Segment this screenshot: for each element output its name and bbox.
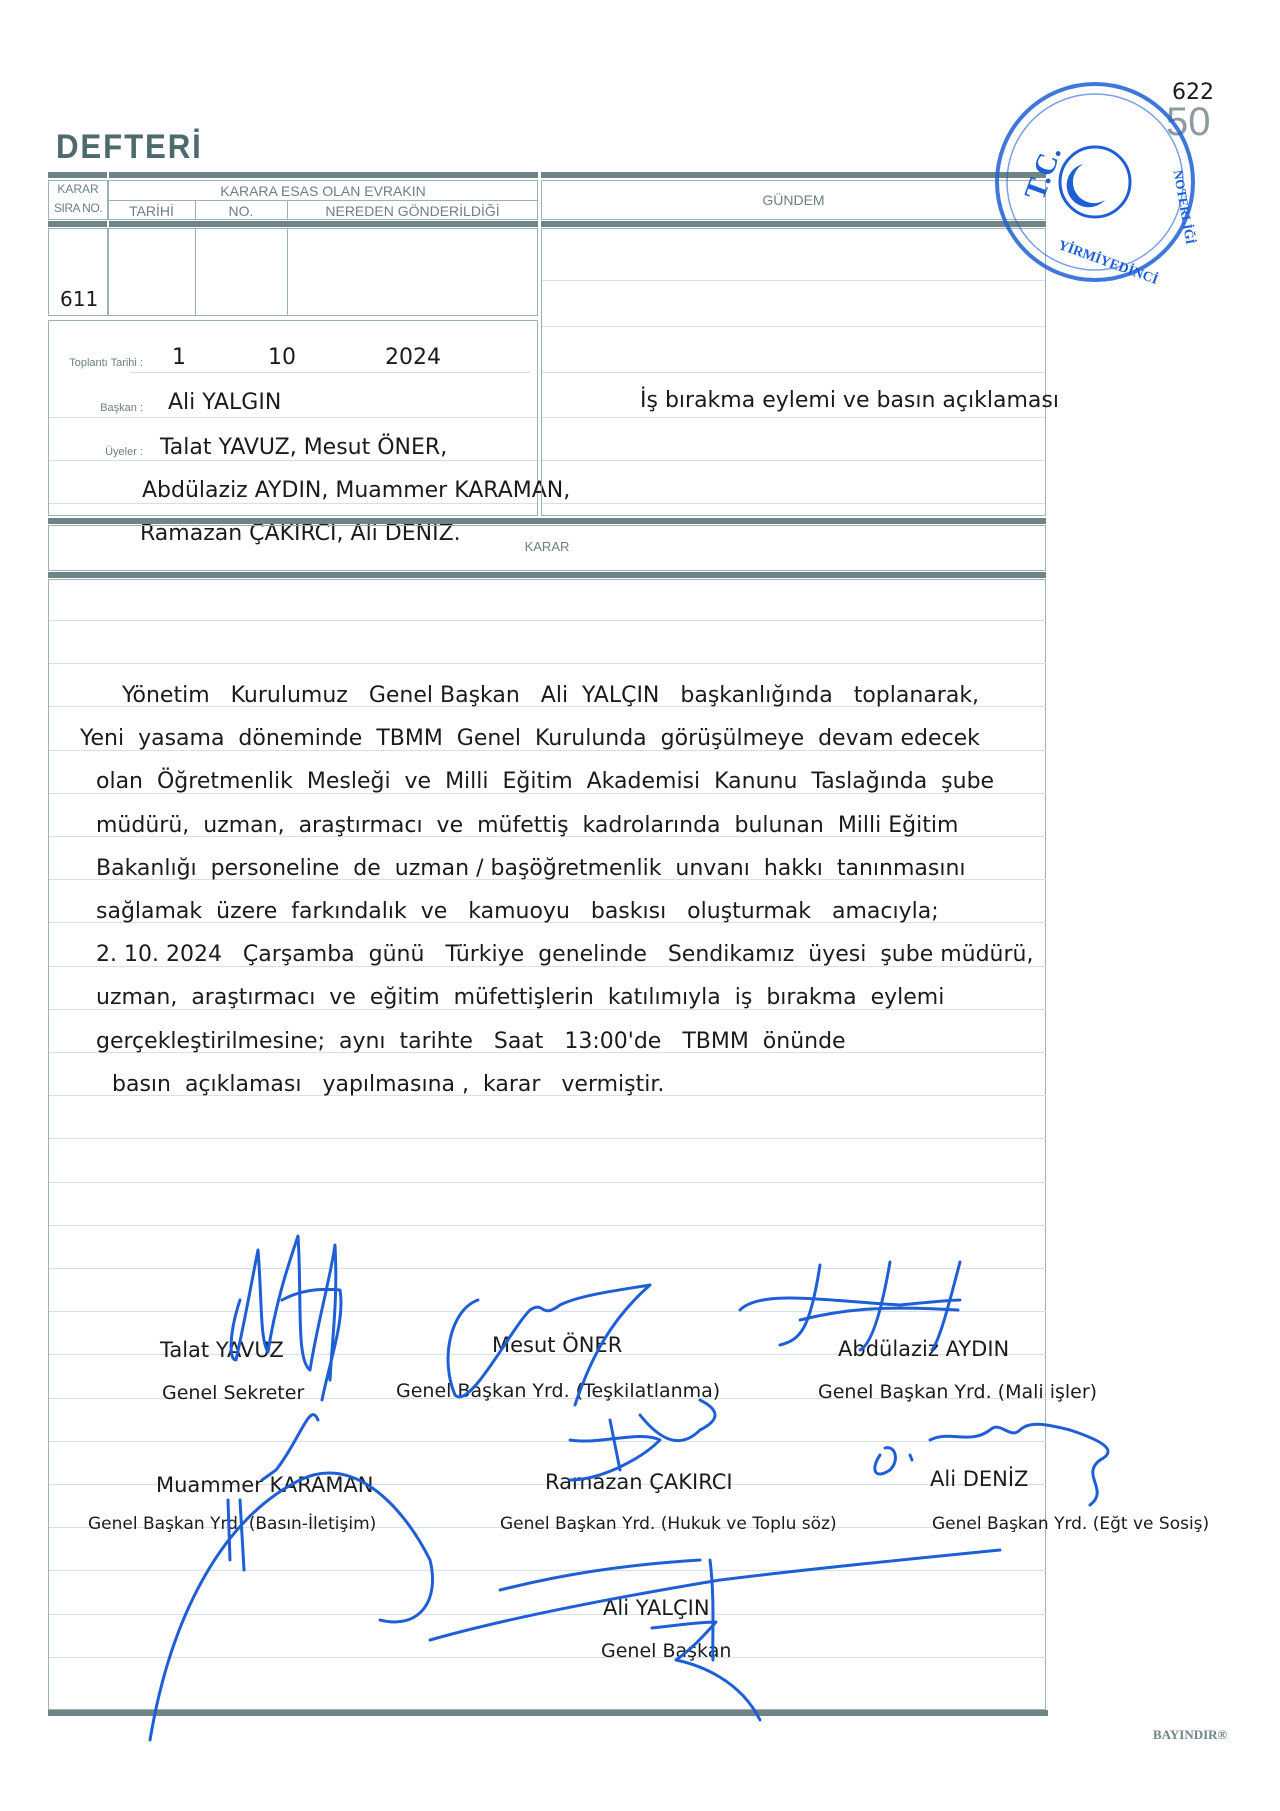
rule-line xyxy=(49,1441,1046,1442)
publisher-brand: BAYINDIR® xyxy=(1153,1727,1227,1743)
evrak-title: KARARA ESAS OLAN EVRAKIN xyxy=(108,183,538,199)
signatory-name: Ali DENİZ xyxy=(930,1467,1028,1491)
rule-line xyxy=(49,1225,1046,1226)
decision-line: uzman, araştırmacı ve eğitim müfettişler… xyxy=(96,985,944,1010)
rule-line xyxy=(49,1614,1046,1615)
header-bar-gundem xyxy=(541,172,1046,178)
rule-line xyxy=(49,1268,1046,1269)
rule-line xyxy=(542,417,1045,418)
rule-line xyxy=(49,503,537,504)
evrak-header-divider xyxy=(108,200,538,201)
bottom-bar xyxy=(48,1710,1048,1716)
decision-line: basın açıklaması yapılmasına , karar ver… xyxy=(112,1072,664,1097)
rule-line xyxy=(49,620,1046,621)
decision-line: sağlamak üzere farkındalık ve kamuoyu ba… xyxy=(96,899,939,924)
signatory-name: Ramazan ÇAKIRCI xyxy=(545,1470,733,1494)
evrak-no-cell xyxy=(195,228,288,316)
divider-bar xyxy=(109,221,538,227)
signatory-name: Mesut ÖNER xyxy=(492,1333,622,1357)
signatory-title: Genel Başkan Yrd. (Eğt ve Sosiş) xyxy=(932,1514,1209,1534)
karar-sira-no-value: 611 xyxy=(60,287,98,311)
rule-line xyxy=(542,460,1045,461)
header-bar-karar xyxy=(48,172,107,178)
section-bar xyxy=(48,572,1046,578)
chair-name: Ali YALGIN xyxy=(168,390,281,415)
rule-line xyxy=(49,1138,1046,1139)
signatory-name: Abdülaziz AYDIN xyxy=(838,1337,1009,1361)
agenda-text: İş bırakma eylemi ve basın açıklaması xyxy=(640,388,1059,413)
signatory-title: Genel Başkan Yrd. (Teşkilatlanma) xyxy=(396,1380,720,1402)
decision-line: müdürü, uzman, araştırmacı ve müfettiş k… xyxy=(96,813,958,838)
rule-line xyxy=(49,663,1046,664)
col-no: NO. xyxy=(195,203,287,219)
chair-label: Başkan : xyxy=(40,402,143,414)
members-line-1: Talat YAVUZ, Mesut ÖNER, xyxy=(160,435,447,460)
members-label: Üyeler : xyxy=(40,446,143,458)
signatory-title: Genel Başkan Yrd. (Mali işler) xyxy=(818,1381,1097,1403)
decision-line: gerçekleştirilmesine; aynı tarihte Saat … xyxy=(96,1029,846,1054)
karar-label: KARAR xyxy=(48,182,108,196)
rule-line xyxy=(542,372,1045,373)
svg-text:NOTERLİĞİ: NOTERLİĞİ xyxy=(1171,169,1199,246)
signatory-title: Genel Başkan Yrd. (Basın-İletişim) xyxy=(88,1514,376,1534)
signatory-name: Ali YALÇIN xyxy=(603,1596,710,1620)
meeting-date-label: Toplantı Tarihi : xyxy=(40,357,143,369)
decision-label: KARAR xyxy=(48,539,1046,554)
decision-line: 2. 10. 2024 Çarşamba günü Türkiye geneli… xyxy=(96,942,1033,967)
rule-line xyxy=(542,280,1045,281)
gundem-label: GÜNDEM xyxy=(541,192,1046,208)
decision-line: olan Öğretmenlik Mesleği ve Milli Eğitim… xyxy=(96,769,994,794)
rule-line xyxy=(49,1182,1046,1183)
divider-bar xyxy=(541,221,1046,227)
signatory-title: Genel Başkan xyxy=(601,1640,731,1662)
members-line-2: Abdülaziz AYDIN, Muammer KARAMAN, xyxy=(142,478,570,503)
rule-line xyxy=(49,1570,1046,1571)
decision-line: Yeni yasama döneminde TBMM Genel Kurulun… xyxy=(80,726,980,751)
col-tarihi: TARİHİ xyxy=(108,203,195,219)
rule-line xyxy=(49,417,537,418)
svg-text:YİRMİYEDİNCİ: YİRMİYEDİNCİ xyxy=(1056,236,1160,288)
signatory-title: Genel Sekreter xyxy=(162,1382,304,1404)
sira-no-label: SIRA NO. xyxy=(48,201,108,215)
divider-bar xyxy=(48,221,107,227)
rule-line xyxy=(49,460,537,461)
signatory-title: Genel Başkan Yrd. (Hukuk ve Toplu söz) xyxy=(500,1514,837,1534)
rule-line xyxy=(49,1311,1046,1312)
rule-line xyxy=(542,503,1045,504)
signatory-name: Muammer KARAMAN xyxy=(156,1473,374,1497)
rule-line xyxy=(130,372,530,373)
evrak-nereden-cell xyxy=(287,228,538,316)
ledger-title: DEFTERİ xyxy=(56,128,203,167)
evrak-tarihi-cell xyxy=(108,228,196,316)
meeting-date-year: 2024 xyxy=(385,345,441,370)
col-nereden: NEREDEN GÖNDERİLDİĞİ xyxy=(287,203,538,219)
decision-line: Yönetim Kurulumuz Genel Başkan Ali YALÇI… xyxy=(122,683,979,708)
section-bar xyxy=(48,518,1046,524)
header-bar-evrak xyxy=(109,172,538,178)
page-number-printed: 50 xyxy=(1166,100,1211,145)
rule-line xyxy=(49,1657,1046,1658)
rule-line xyxy=(542,326,1045,327)
decision-line: Bakanlığı personeline de uzman / başöğre… xyxy=(96,856,966,881)
meeting-date-day: 1 xyxy=(172,345,186,370)
signatory-name: Talat YAVUZ xyxy=(160,1338,284,1362)
meeting-date-month: 10 xyxy=(268,345,296,370)
